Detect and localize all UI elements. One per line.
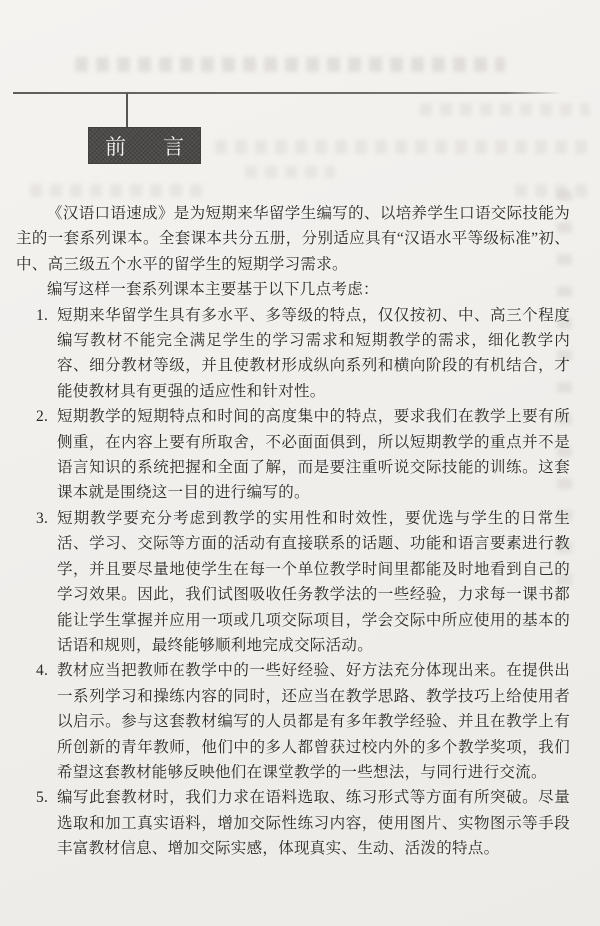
- list-item: 4. 教材应当把教师在教学中的一些好经验、好方法充分体现出来。在提供出一系列学习…: [16, 658, 570, 785]
- scanned-book-page: 前 言 《汉语口语速成》是为短期来华留学生编写的、以培养学生口语交际技能为主的一…: [0, 0, 600, 926]
- header-tick-rule: [126, 93, 128, 128]
- list-item-number: 4.: [16, 658, 57, 785]
- bleed-through-smudge: [215, 140, 590, 154]
- list-item-text: 教材应当把教师在教学中的一些好经验、好方法充分体现出来。在提供出一系列学习和操练…: [57, 658, 570, 785]
- list-item: 3. 短期教学要充分考虑到教学的实用性和时效性，要优选与学生的日常生活、学习、交…: [16, 506, 570, 658]
- list-item-text: 短期教学的短期特点和时间的高度集中的特点，要求我们在教学上要有所侧重，在内容上要…: [57, 404, 570, 506]
- preface-title-box: 前 言: [88, 127, 201, 164]
- bleed-through-smudge: [30, 184, 210, 197]
- bleed-through-smudge: [245, 166, 335, 178]
- preface-body: 《汉语口语速成》是为短期来华留学生编写的、以培养学生口语交际技能为主的一套系列课…: [16, 201, 570, 862]
- consideration-list: 1. 短期来华留学生具有多水平、多等级的特点，仅仅按初、中、高三个程度编写教材不…: [16, 303, 570, 862]
- list-item: 5. 编写此套教材时，我们力求在语料选取、练习形式等方面有所突破。尽量选取和加工…: [16, 785, 570, 861]
- bleed-through-smudge: [515, 184, 590, 197]
- list-item: 2. 短期教学的短期特点和时间的高度集中的特点，要求我们在教学上要有所侧重，在内…: [16, 404, 570, 506]
- intro-paragraph: 《汉语口语速成》是为短期来华留学生编写的、以培养学生口语交际技能为主的一套系列课…: [16, 201, 570, 277]
- list-item-text: 编写此套教材时，我们力求在语料选取、练习形式等方面有所突破。尽量选取和加工真实语…: [57, 785, 570, 861]
- header-horizontal-rule: [13, 92, 561, 94]
- list-item-number: 3.: [16, 506, 57, 658]
- bleed-through-smudge: [75, 57, 505, 72]
- bleed-through-smudge: [420, 103, 590, 116]
- list-lead-paragraph: 编写这样一套系列课本主要基于以下几点考虑：: [16, 277, 570, 302]
- list-item-number: 5.: [16, 785, 57, 861]
- list-item-text: 短期来华留学生具有多水平、多等级的特点，仅仅按初、中、高三个程度编写教材不能完全…: [57, 303, 570, 405]
- list-item-text: 短期教学要充分考虑到教学的实用性和时效性，要优选与学生的日常生活、学习、交际等方…: [57, 506, 570, 658]
- list-item-number: 1.: [16, 303, 57, 405]
- list-item-number: 2.: [16, 404, 57, 506]
- list-item: 1. 短期来华留学生具有多水平、多等级的特点，仅仅按初、中、高三个程度编写教材不…: [16, 303, 570, 405]
- title-char-left: 前: [105, 131, 126, 161]
- title-char-right: 言: [163, 131, 184, 161]
